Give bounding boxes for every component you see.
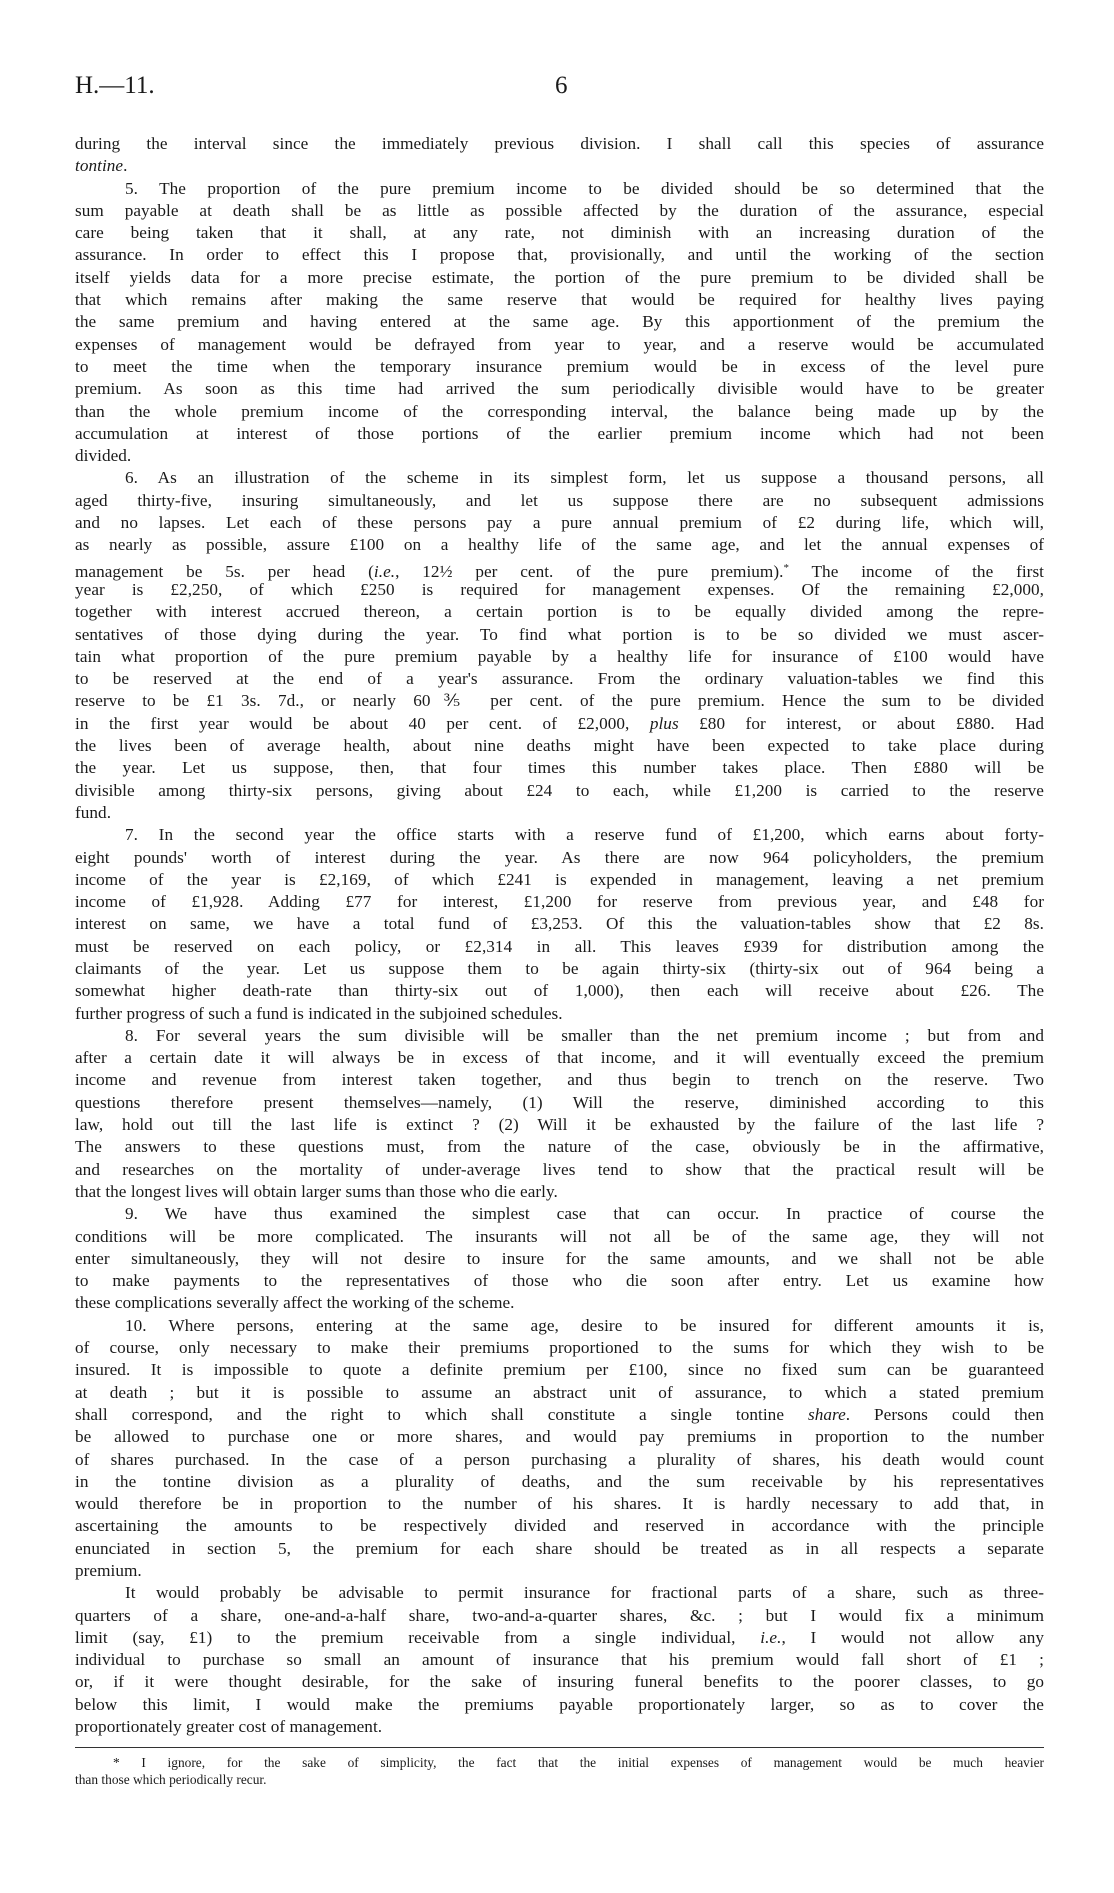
text-segment: conditions will be more complicated. The… [75, 1227, 1044, 1246]
text-line: 9. We have thus examined the simplest ca… [75, 1203, 1044, 1225]
text-segment: * I ignore, for the sake of simplicity, … [113, 1755, 1044, 1770]
footnote-line: * I ignore, for the sake of simplicity, … [75, 1754, 1044, 1771]
text-line: interest on same, we have a total fund o… [75, 913, 1044, 935]
text-segment: fund. [75, 803, 111, 822]
text-line: proportionately greater cost of manageme… [75, 1716, 1044, 1738]
text-line: must be reserved on each policy, or £2,3… [75, 936, 1044, 958]
text-line: expenses of management would be defrayed… [75, 334, 1044, 356]
text-segment: further progress of such a fund is indic… [75, 1004, 563, 1023]
text-segment: at death ; but it is possible to assume … [75, 1383, 1044, 1402]
text-line: further progress of such a fund is indic… [75, 1003, 1044, 1025]
text-segment: in the tontine division as a plurality o… [75, 1472, 1044, 1491]
text-segment: questions therefore present themselves—n… [75, 1093, 1044, 1112]
text-line: assurance. In order to effect this I pro… [75, 244, 1044, 266]
text-segment: ascertaining the amounts to be respectiv… [75, 1516, 1044, 1535]
text-segment: shall correspond, and the right to which… [75, 1405, 808, 1424]
page-header: H.—11. 6 [75, 72, 1044, 102]
text-line: claimants of the year. Let us suppose th… [75, 958, 1044, 980]
text-segment: than the whole premium income of the cor… [75, 402, 1044, 421]
text-line: would therefore be in proportion to the … [75, 1493, 1044, 1515]
text-line: income and revenue from interest taken t… [75, 1069, 1044, 1091]
text-segment: enunciated in section 5, the premium for… [75, 1539, 1044, 1558]
text-segment: claimants of the year. Let us suppose th… [75, 959, 1044, 978]
text-segment: divided. [75, 446, 131, 465]
text-segment: interest on same, we have a total fund o… [75, 914, 1044, 933]
text-line: income of £1,928. Adding £77 for interes… [75, 891, 1044, 913]
text-segment: income of £1,928. Adding £77 for interes… [75, 892, 1044, 911]
text-line: after a certain date it will always be i… [75, 1047, 1044, 1069]
text-line: 6. As an illustration of the scheme in i… [75, 467, 1044, 489]
text-line: fund. [75, 802, 1044, 824]
text-line: shall correspond, and the right to which… [75, 1404, 1044, 1426]
text-segment: to make payments to the representatives … [75, 1271, 1044, 1290]
text-line: in the tontine division as a plurality o… [75, 1471, 1044, 1493]
text-segment: premium. As soon as this time had arrive… [75, 379, 1044, 398]
text-segment: 8. For several years the sum divisible w… [125, 1026, 1044, 1045]
text-line: enunciated in section 5, the premium for… [75, 1538, 1044, 1560]
text-line: The answers to these questions must, fro… [75, 1136, 1044, 1158]
text-line: divided. [75, 445, 1044, 467]
text-segment: be allowed to purchase one or more share… [75, 1427, 1044, 1446]
text-line: that the longest lives will obtain large… [75, 1181, 1044, 1203]
text-segment: and no lapses. Let each of these persons… [75, 513, 1044, 532]
text-line: during the interval since the immediatel… [75, 133, 1044, 155]
text-line: 8. For several years the sum divisible w… [75, 1025, 1044, 1047]
text-segment: 9. We have thus examined the simplest ca… [125, 1204, 1044, 1223]
text-segment: somewhat higher death-rate than thirty-s… [75, 981, 1044, 1000]
text-segment: care being taken that it shall, at any r… [75, 223, 1044, 242]
text-segment: below this limit, I would make the premi… [75, 1695, 1044, 1714]
text-segment: must be reserved on each policy, or £2,3… [75, 937, 1044, 956]
text-line: income of the year is £2,169, of which £… [75, 869, 1044, 891]
text-segment: the year. Let us suppose, then, that fou… [75, 758, 1044, 777]
text-line: the lives been of average health, about … [75, 735, 1044, 757]
text-segment: limit (say, £1) to the premium receivabl… [75, 1628, 760, 1647]
text-line: 7. In the second year the office starts … [75, 824, 1044, 846]
text-segment: than those which periodically recur. [75, 1772, 267, 1787]
text-line: to meet the time when the temporary insu… [75, 356, 1044, 378]
text-segment: that the longest lives will obtain large… [75, 1182, 558, 1201]
text-line: tontine. [75, 155, 1044, 177]
text-line: premium. [75, 1560, 1044, 1582]
text-segment: year is £2,250, of which £250 is require… [75, 580, 1044, 599]
text-line: reserve to be £1 3s. 7d., or nearly 60⅗ … [75, 690, 1044, 712]
text-line: year is £2,250, of which £250 is require… [75, 579, 1044, 601]
text-segment: income and revenue from interest taken t… [75, 1070, 1044, 1089]
text-line: conditions will be more complicated. The… [75, 1226, 1044, 1248]
text-line: together with interest accrued thereon, … [75, 601, 1044, 623]
text-segment: reserve to be £1 3s. 7d., or nearly 60⅗ … [75, 691, 1044, 710]
text-line: quarters of a share, one-and-a-half shar… [75, 1605, 1044, 1627]
text-segment: 10. Where persons, entering at the same … [125, 1316, 1044, 1335]
text-line: and no lapses. Let each of these persons… [75, 512, 1044, 534]
text-line: below this limit, I would make the premi… [75, 1694, 1044, 1716]
text-line: care being taken that it shall, at any r… [75, 222, 1044, 244]
text-segment: aged thirty-five, insuring simultaneousl… [75, 491, 1044, 510]
text-segment: tain what proportion of the pure premium… [75, 647, 1044, 666]
text-segment: sentatives of those dying during the yea… [75, 625, 1044, 644]
text-segment: 6. As an illustration of the scheme in i… [125, 468, 1044, 487]
text-line: as nearly as possible, assure £100 on a … [75, 534, 1044, 556]
text-line: or, if it were thought desirable, for th… [75, 1671, 1044, 1693]
text-line: at death ; but it is possible to assume … [75, 1382, 1044, 1404]
italic-term: i.e. [374, 562, 395, 581]
text-segment: these complications severally affect the… [75, 1293, 515, 1312]
text-segment: expenses of management would be defrayed… [75, 335, 1044, 354]
text-segment: that which remains after making the same… [75, 290, 1044, 309]
text-line: the year. Let us suppose, then, that fou… [75, 757, 1044, 779]
text-segment: , I would not allow any [781, 1628, 1044, 1647]
text-line: 10. Where persons, entering at the same … [75, 1315, 1044, 1337]
text-line: itself yields data for a more precise es… [75, 267, 1044, 289]
text-segment: individual to purchase so small an amoun… [75, 1650, 1044, 1669]
text-line: sum payable at death shall be as little … [75, 200, 1044, 222]
text-segment: , 12½ per cent. of the pure premium). [395, 562, 783, 581]
text-segment: of course, only necessary to make their … [75, 1338, 1044, 1357]
text-segment: premium. [75, 1561, 142, 1580]
italic-term: i.e. [760, 1628, 781, 1647]
text-segment: of shares purchased. In the case of a pe… [75, 1450, 1044, 1469]
text-line: limit (say, £1) to the premium receivabl… [75, 1627, 1044, 1649]
footnote-line: than those which periodically recur. [75, 1771, 1044, 1788]
text-line: individual to purchase so small an amoun… [75, 1649, 1044, 1671]
text-line: accumulation at interest of those portio… [75, 423, 1044, 445]
text-segment: accumulation at interest of those portio… [75, 424, 1044, 443]
footnote-divider [75, 1747, 1044, 1748]
text-segment: sum payable at death shall be as little … [75, 201, 1044, 220]
text-line: enter simultaneously, they will not desi… [75, 1248, 1044, 1270]
text-segment: together with interest accrued thereon, … [75, 602, 1044, 621]
text-segment: The answers to these questions must, fro… [75, 1137, 1044, 1156]
text-segment: £80 for interest, or about £880. Had [679, 714, 1044, 733]
text-segment: divisible among thirty-six persons, givi… [75, 781, 1044, 800]
text-segment: to meet the time when the temporary insu… [75, 357, 1044, 376]
text-segment: and researches on the mortality of under… [75, 1160, 1044, 1179]
text-segment: 7. In the second year the office starts … [125, 825, 1044, 844]
text-segment: the same premium and having entered at t… [75, 312, 1044, 331]
text-segment: would therefore be in proportion to the … [75, 1494, 1044, 1513]
text-line: of course, only necessary to make their … [75, 1337, 1044, 1359]
text-line: these complications severally affect the… [75, 1292, 1044, 1314]
text-segment: quarters of a share, one-and-a-half shar… [75, 1606, 1044, 1625]
text-segment: as nearly as possible, assure £100 on a … [75, 535, 1044, 554]
text-segment: law, hold out till the last life is exti… [75, 1115, 1044, 1134]
text-segment: itself yields data for a more precise es… [75, 268, 1044, 287]
text-segment: . Persons could then [846, 1405, 1044, 1424]
text-segment: eight pounds' worth of interest during t… [75, 848, 1044, 867]
text-line: management be 5s. per head (i.e., 12½ pe… [75, 557, 1044, 579]
text-segment: assurance. In order to effect this I pro… [75, 245, 1044, 264]
text-line: in the first year would be about 40 per … [75, 713, 1044, 735]
body-text: during the interval since the immediatel… [75, 133, 1044, 1738]
text-line: to make payments to the representatives … [75, 1270, 1044, 1292]
text-segment: enter simultaneously, they will not desi… [75, 1249, 1044, 1268]
text-line: be allowed to purchase one or more share… [75, 1426, 1044, 1448]
text-line: law, hold out till the last life is exti… [75, 1114, 1044, 1136]
text-segment: to be reserved at the end of a year's as… [75, 669, 1044, 688]
text-segment: income of the year is £2,169, of which £… [75, 870, 1044, 889]
text-segment: the lives been of average health, about … [75, 736, 1044, 755]
text-segment: after a certain date it will always be i… [75, 1048, 1044, 1067]
text-line: aged thirty-five, insuring simultaneousl… [75, 490, 1044, 512]
text-line: premium. As soon as this time had arrive… [75, 378, 1044, 400]
text-segment: . [123, 156, 127, 175]
page-number: 6 [555, 72, 568, 100]
text-segment: 5. The proportion of the pure premium in… [125, 179, 1044, 198]
text-line: sentatives of those dying during the yea… [75, 624, 1044, 646]
text-segment: insured. It is impossible to quote a def… [75, 1360, 1044, 1379]
text-line: to be reserved at the end of a year's as… [75, 668, 1044, 690]
text-line: divisible among thirty-six persons, givi… [75, 780, 1044, 802]
text-line: questions therefore present themselves—n… [75, 1092, 1044, 1114]
text-line: and researches on the mortality of under… [75, 1159, 1044, 1181]
text-segment: The income of the first [789, 562, 1044, 581]
text-segment: during the interval since the immediatel… [75, 134, 1044, 153]
text-line: It would probably be advisable to permit… [75, 1582, 1044, 1604]
italic-term: tontine [75, 156, 123, 175]
text-line: ascertaining the amounts to be respectiv… [75, 1515, 1044, 1537]
text-segment: management be 5s. per head ( [75, 562, 374, 581]
text-line: tain what proportion of the pure premium… [75, 646, 1044, 668]
text-segment: in the first year would be about 40 per … [75, 714, 650, 733]
text-line: insured. It is impossible to quote a def… [75, 1359, 1044, 1381]
text-segment: It would probably be advisable to permit… [125, 1583, 1044, 1602]
italic-term: plus [650, 714, 679, 733]
text-segment: or, if it were thought desirable, for th… [75, 1672, 1044, 1691]
footnotes: * I ignore, for the sake of simplicity, … [75, 1754, 1044, 1788]
text-segment: proportionately greater cost of manageme… [75, 1717, 382, 1736]
text-line: of shares purchased. In the case of a pe… [75, 1449, 1044, 1471]
italic-term: share [808, 1405, 846, 1424]
document-reference: H.—11. [75, 72, 155, 100]
text-line: 5. The proportion of the pure premium in… [75, 178, 1044, 200]
text-line: than the whole premium income of the cor… [75, 401, 1044, 423]
text-line: the same premium and having entered at t… [75, 311, 1044, 333]
text-line: that which remains after making the same… [75, 289, 1044, 311]
text-line: eight pounds' worth of interest during t… [75, 847, 1044, 869]
text-line: somewhat higher death-rate than thirty-s… [75, 980, 1044, 1002]
